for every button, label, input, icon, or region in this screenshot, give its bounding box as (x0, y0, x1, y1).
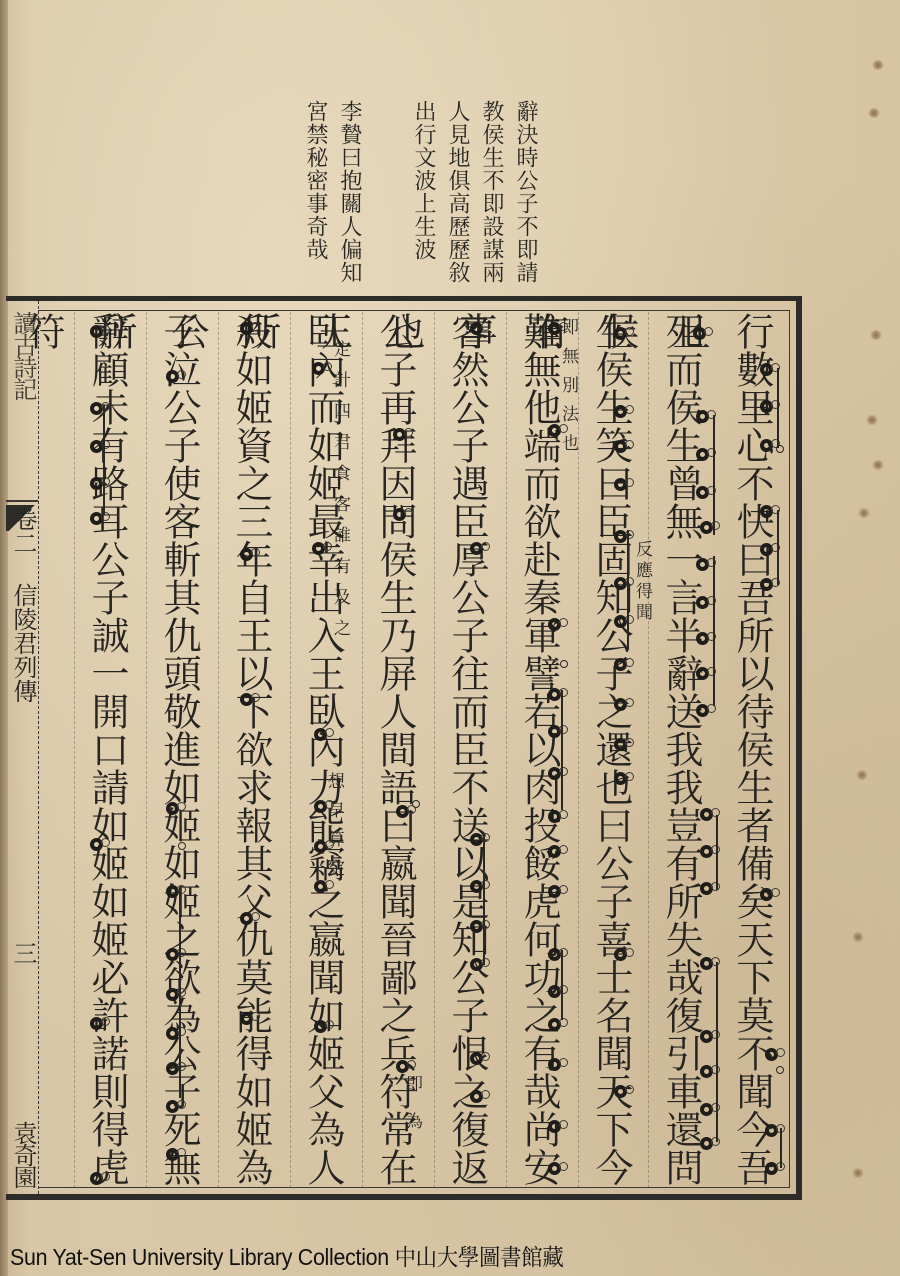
margin-divider (6, 500, 38, 502)
interlinear-note: 定計四君食客誰有及之 (330, 340, 350, 650)
wormhole-decoration (872, 460, 884, 470)
text-column-6: 公子再拜因問侯生乃屏人間語曰嬴聞晉鄙之兵符常在王 (362, 312, 427, 1188)
wormhole-decoration (872, 60, 884, 70)
wormhole-decoration (870, 330, 882, 340)
wormhole-decoration (852, 932, 864, 942)
li-zhi-comment-column: 宮禁秘密事奇哉 (298, 100, 332, 300)
interlinear-note: 即無別法也 (558, 318, 578, 463)
wormhole-decoration (866, 415, 878, 425)
page-margin-banxin: 讀古詩記 卷二 信陵君列傳 三 袁奇園 (6, 301, 39, 1194)
headnote-column: 教侯生不即設謀兩 (474, 100, 508, 300)
studio-name: 袁奇園 (8, 1121, 38, 1187)
library-credit: Sun Yat-Sen University Library Collectio… (10, 1239, 563, 1272)
page-number: 三 (8, 941, 38, 965)
wormhole-decoration (868, 108, 880, 118)
main-text-body: 行數里心不快曰吾所以待侯生者備矣天下莫不聞今吾且 死而侯生曾無一言半辭送我我豈有… (44, 312, 784, 1188)
headnote-column: 出行文波上生波 (406, 100, 440, 300)
text-column-2: 死而侯生曾無一言半辭送我我豈有所失哉復引車還問侯 (648, 312, 713, 1188)
wormhole-decoration (858, 508, 870, 518)
text-column-8: 殺如姬資之三年自王以下欲求報其父仇莫能得如姬為公 (218, 312, 283, 1188)
headnote-spacer (366, 100, 406, 300)
interlinear-note: 想早算定 (324, 772, 344, 888)
headnote-column: 辭決時公子不即請 (508, 100, 542, 300)
headnote-annotation: 辭決時公子不即請 教侯生不即設謀兩 人見地俱高歷歷敘 出行文波上生波 李贄曰抱關… (252, 100, 542, 300)
interlinear-note: 即為 (402, 1075, 422, 1149)
chapter-title: 卷二 信陵君列傳 (8, 507, 38, 797)
headnote-column: 人見地俱高歷歷敘 (440, 100, 474, 300)
wormhole-decoration (852, 1168, 864, 1178)
interlinear-note: 反應得聞 (632, 540, 652, 624)
li-zhi-comment-column: 李贄曰抱關人偏知 (332, 100, 366, 300)
wormhole-decoration (856, 770, 868, 780)
